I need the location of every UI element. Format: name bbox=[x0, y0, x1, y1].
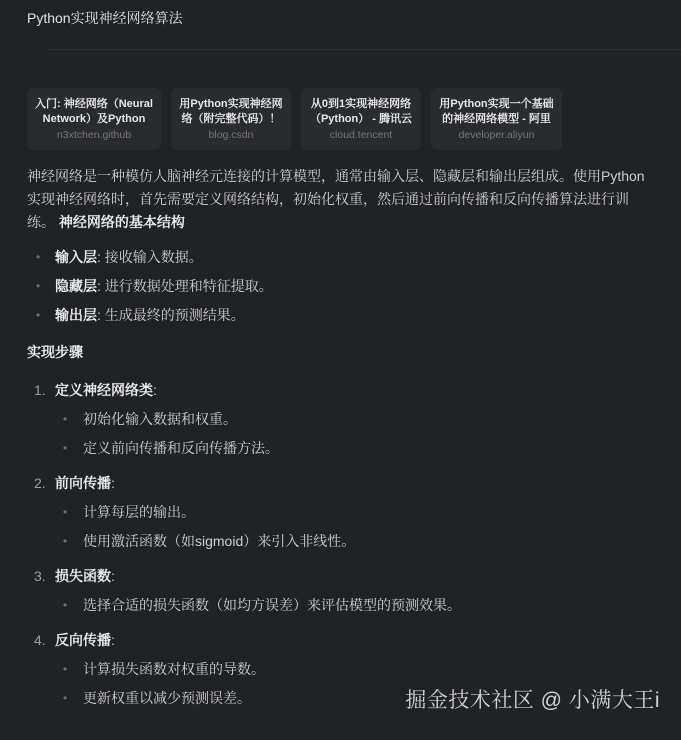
sub-item: • 选择合适的损失函数（如均方误差）来评估模型的预测效果。 bbox=[55, 594, 654, 616]
list-item-text: 隐藏层: 进行数据处理和特征提取。 bbox=[55, 275, 273, 297]
step-number: 2. bbox=[27, 472, 55, 494]
sub-item: • 初始化输入数据和权重。 bbox=[55, 408, 654, 430]
step-title: 损失函数: bbox=[55, 565, 115, 587]
source-cards-row: 入门: 神经网络（Neural Network）及Python 实... n3x… bbox=[27, 88, 654, 150]
step-colon: : bbox=[111, 568, 115, 584]
step-number: 3. bbox=[27, 565, 55, 587]
step-head: 2. 前向传播: bbox=[27, 472, 654, 494]
list-item: • 隐藏层: 进行数据处理和特征提取。 bbox=[27, 275, 654, 297]
sub-item: • 定义前向传播和反向传播方法。 bbox=[55, 437, 654, 459]
structure-list: • 输入层: 接收输入数据。 • 隐藏层: 进行数据处理和特征提取。 • 输出层… bbox=[27, 246, 654, 326]
step-title: 反向传播: bbox=[55, 629, 115, 651]
step-sublist: • 选择合适的损失函数（如均方误差）来评估模型的预测效果。 bbox=[55, 594, 654, 616]
steps-heading: 实现步骤 bbox=[27, 341, 654, 363]
sub-item-text: 计算每层的输出。 bbox=[83, 501, 195, 523]
source-card-1[interactable]: 入门: 神经网络（Neural Network）及Python 实... n3x… bbox=[27, 88, 161, 150]
step-number: 1. bbox=[27, 379, 55, 401]
step-title: 定义神经网络类: bbox=[55, 379, 157, 401]
sub-item-text: 定义前向传播和反向传播方法。 bbox=[83, 437, 279, 459]
source-card-title: 用Python实现神经网络（附完整代码）！ 转载 ... bbox=[179, 97, 283, 127]
sub-item-text: 更新权重以减少预测误差。 bbox=[83, 687, 251, 709]
sub-item-text: 选择合适的损失函数（如均方误差）来评估模型的预测效果。 bbox=[83, 594, 461, 616]
step-colon: : bbox=[111, 632, 115, 648]
source-card-site: cloud.tencent bbox=[309, 129, 413, 142]
bullet-icon: • bbox=[55, 408, 83, 430]
item-label: 隐藏层 bbox=[55, 278, 97, 294]
item-desc: : 进行数据处理和特征提取。 bbox=[97, 278, 273, 294]
step-colon: : bbox=[111, 475, 115, 491]
item-label: 输入层 bbox=[55, 249, 97, 265]
list-item-text: 输出层: 生成最终的预测结果。 bbox=[55, 304, 245, 326]
step-head: 3. 损失函数: bbox=[27, 565, 654, 587]
bullet-icon: • bbox=[27, 246, 55, 268]
source-card-title: 入门: 神经网络（Neural Network）及Python 实... bbox=[35, 97, 153, 127]
step-head: 4. 反向传播: bbox=[27, 629, 654, 651]
source-card-2[interactable]: 用Python实现神经网络（附完整代码）！ 转载 ... blog.csdn bbox=[171, 88, 291, 150]
step-head: 1. 定义神经网络类: bbox=[27, 379, 654, 401]
sub-item: • 使用激活函数（如sigmoid）来引入非线性。 bbox=[55, 530, 654, 552]
sub-item: • 计算损失函数对权重的导数。 bbox=[55, 658, 654, 680]
item-label: 输出层 bbox=[55, 307, 97, 323]
list-item: • 输入层: 接收输入数据。 bbox=[27, 246, 654, 268]
source-card-site: developer.aliyun bbox=[439, 129, 554, 142]
source-card-3[interactable]: 从0到1实现神经网络（Python） - 腾讯云 cloud.tencent bbox=[301, 88, 421, 150]
bullet-icon: • bbox=[55, 594, 83, 616]
step-label: 定义神经网络类 bbox=[55, 382, 153, 398]
intro-paragraph: 神经网络是一种模仿人脑神经元连接的计算模型，通常由输入层、隐藏层和输出层组成。使… bbox=[27, 165, 654, 234]
step-item-3: 3. 损失函数: • 选择合适的损失函数（如均方误差）来评估模型的预测效果。 bbox=[27, 565, 654, 616]
bullet-icon: • bbox=[55, 501, 83, 523]
source-card-title: 从0到1实现神经网络（Python） - 腾讯云 bbox=[309, 97, 413, 127]
list-item-text: 输入层: 接收输入数据。 bbox=[55, 246, 203, 268]
sub-item-text: 计算损失函数对权重的导数。 bbox=[83, 658, 265, 680]
bullet-icon: • bbox=[55, 530, 83, 552]
step-sublist: • 初始化输入数据和权重。 • 定义前向传播和反向传播方法。 bbox=[55, 408, 654, 459]
source-card-4[interactable]: 用Python实现一个基础的神经网络模型 - 阿里云... developer.… bbox=[431, 88, 562, 150]
source-card-title: 用Python实现一个基础的神经网络模型 - 阿里云... bbox=[439, 97, 554, 127]
sub-item-text: 使用激活函数（如sigmoid）来引入非线性。 bbox=[83, 530, 355, 552]
step-title: 前向传播: bbox=[55, 472, 115, 494]
step-item-1: 1. 定义神经网络类: • 初始化输入数据和权重。 • 定义前向传播和反向传播方… bbox=[27, 379, 654, 459]
step-colon: : bbox=[153, 382, 157, 398]
bullet-icon: • bbox=[55, 437, 83, 459]
steps-list: 1. 定义神经网络类: • 初始化输入数据和权重。 • 定义前向传播和反向传播方… bbox=[27, 379, 654, 709]
step-item-2: 2. 前向传播: • 计算每层的输出。 • 使用激活函数（如sigmoid）来引… bbox=[27, 472, 654, 552]
watermark: 掘金技术社区 @ 小满大王i bbox=[405, 687, 660, 715]
header-divider bbox=[48, 49, 681, 50]
bullet-icon: • bbox=[27, 275, 55, 297]
sub-item: • 计算每层的输出。 bbox=[55, 501, 654, 523]
step-sublist: • 计算每层的输出。 • 使用激活函数（如sigmoid）来引入非线性。 bbox=[55, 501, 654, 552]
page-title: Python实现神经网络算法 bbox=[27, 0, 654, 28]
page-root: Python实现神经网络算法 入门: 神经网络（Neural Network）及… bbox=[0, 0, 681, 740]
inline-heading: 神经网络的基本结构 bbox=[59, 214, 185, 230]
step-label: 损失函数 bbox=[55, 568, 111, 584]
step-number: 4. bbox=[27, 629, 55, 651]
item-desc: : 接收输入数据。 bbox=[97, 249, 203, 265]
list-item: • 输出层: 生成最终的预测结果。 bbox=[27, 304, 654, 326]
bullet-icon: • bbox=[55, 687, 83, 709]
item-desc: : 生成最终的预测结果。 bbox=[97, 307, 245, 323]
source-card-site: n3xtchen.github bbox=[35, 129, 153, 142]
bullet-icon: • bbox=[27, 304, 55, 326]
sub-item-text: 初始化输入数据和权重。 bbox=[83, 408, 237, 430]
source-card-site: blog.csdn bbox=[179, 129, 283, 142]
step-label: 反向传播 bbox=[55, 632, 111, 648]
bullet-icon: • bbox=[55, 658, 83, 680]
step-label: 前向传播 bbox=[55, 475, 111, 491]
